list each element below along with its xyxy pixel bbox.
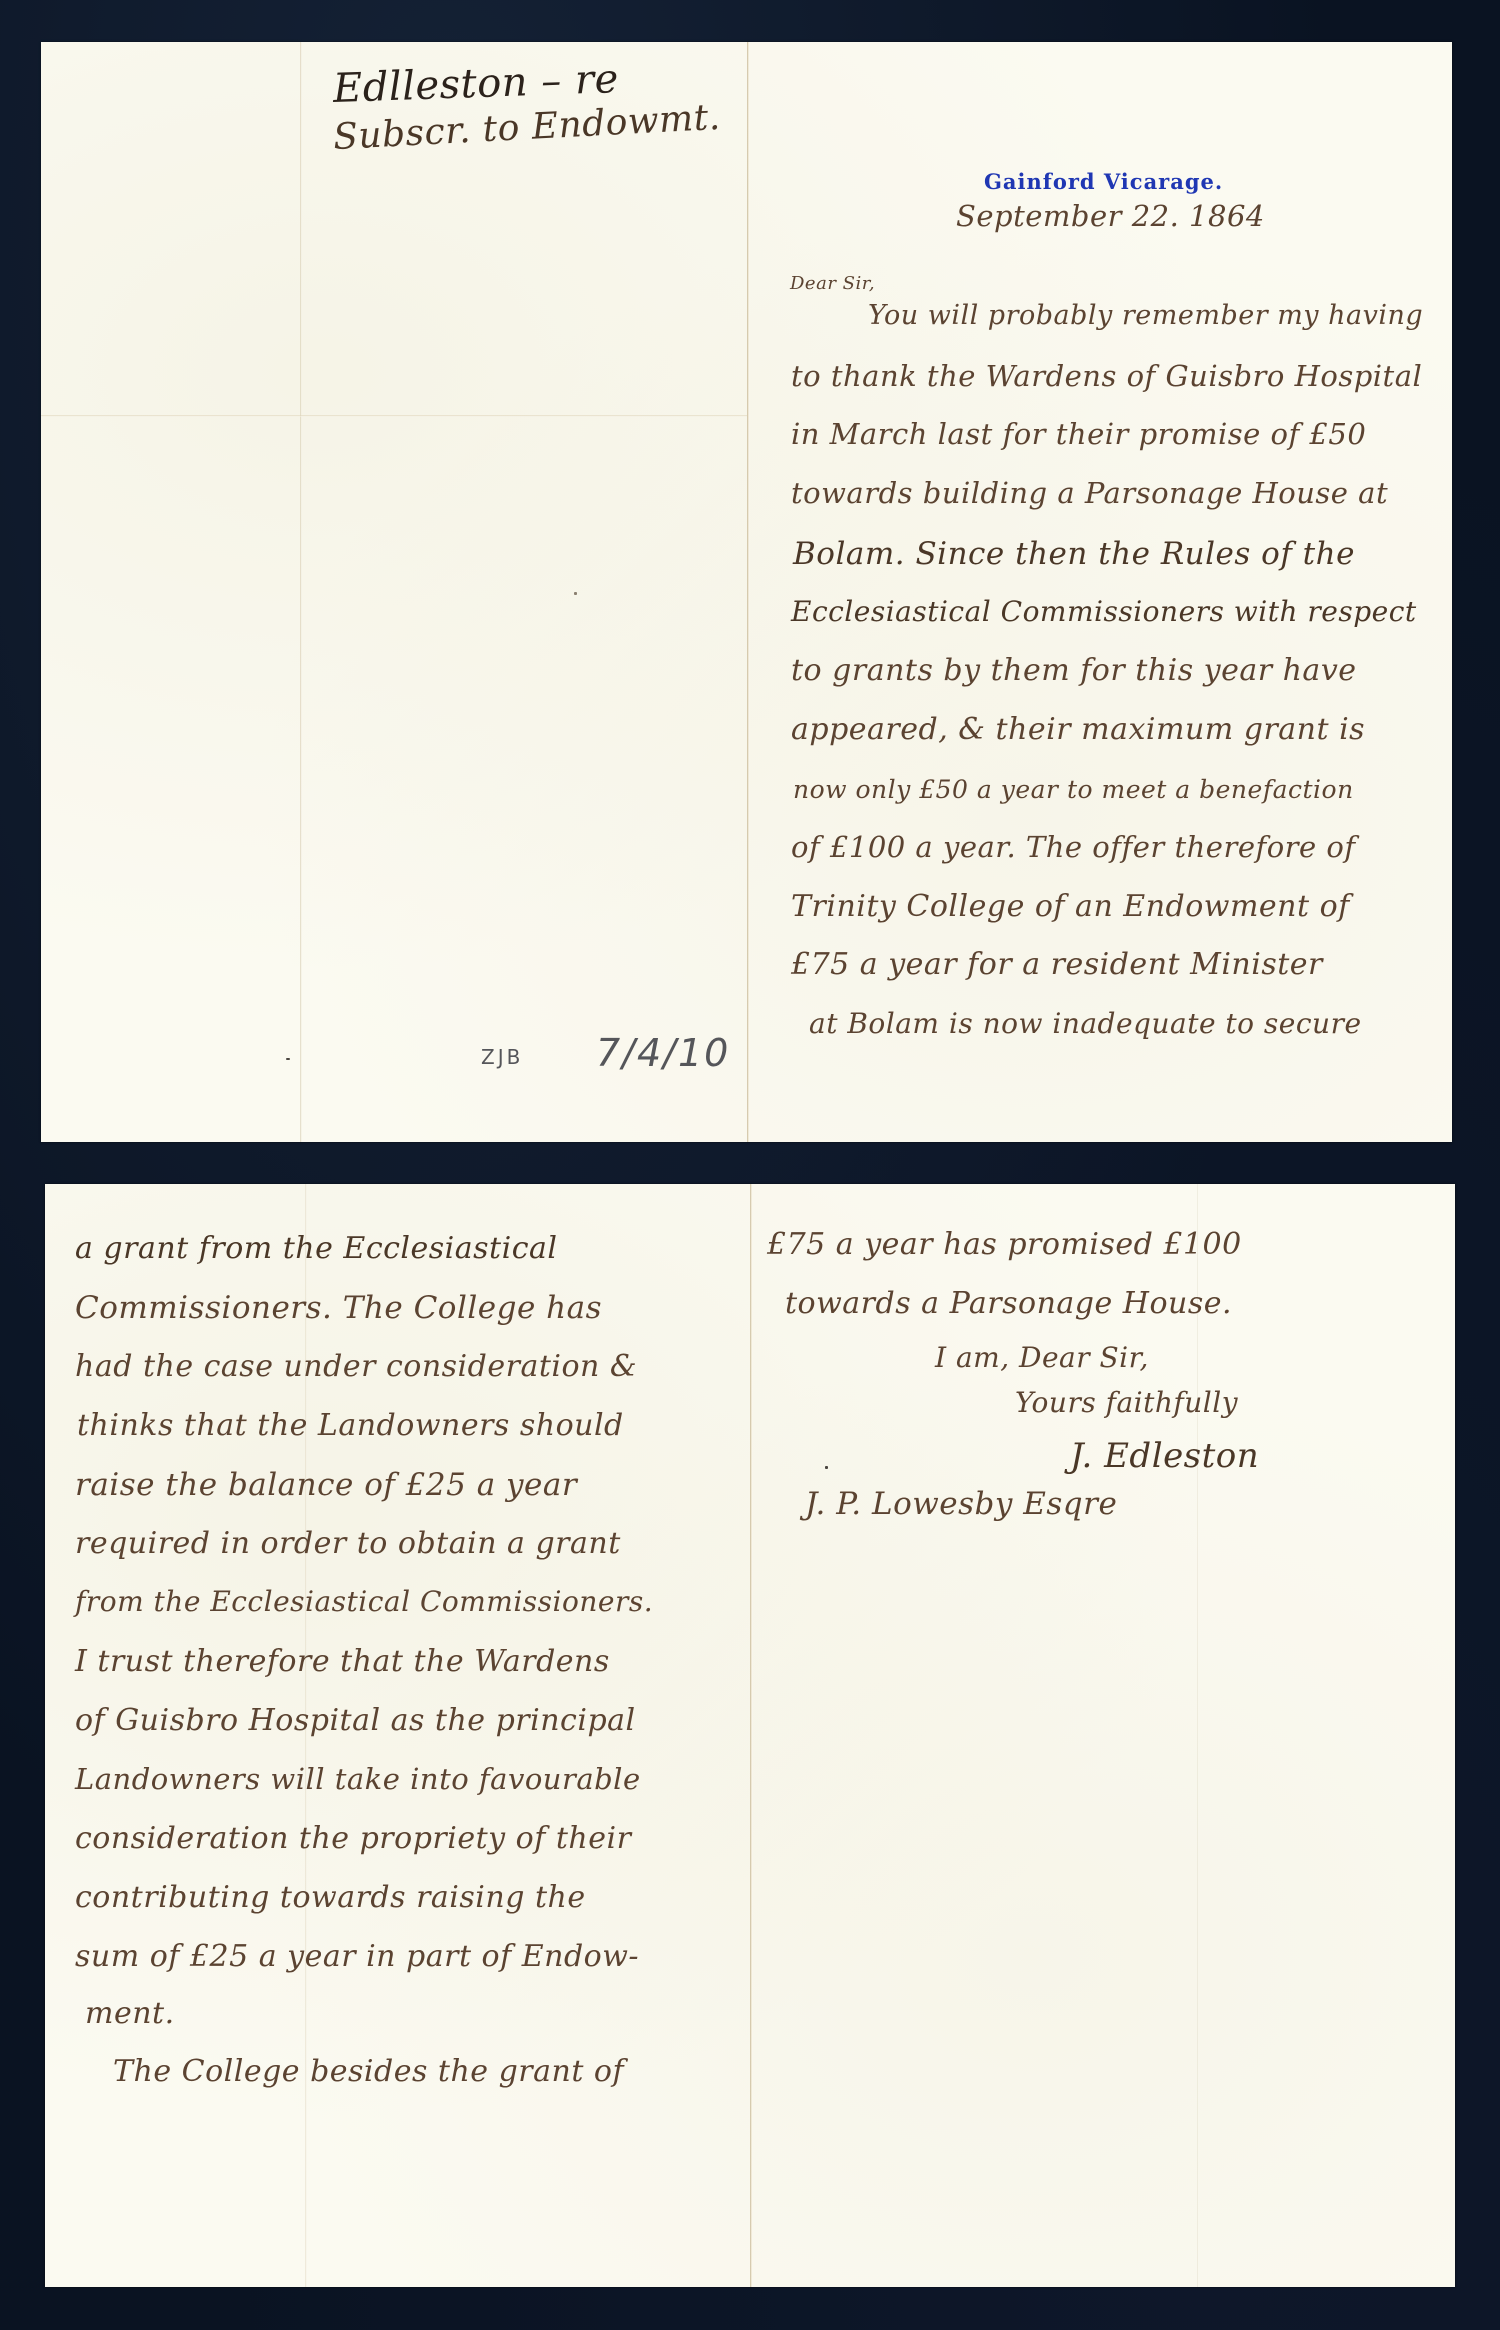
left-page-horizontal-fold bbox=[41, 415, 747, 417]
body-line: from the Ecclesiastical Commissioners. bbox=[75, 1588, 653, 1616]
body-line: £75 a year has promised £100 bbox=[767, 1230, 1242, 1260]
center-fold-line bbox=[750, 1184, 753, 2287]
body-line: to grants by them for this year have bbox=[791, 656, 1357, 686]
body-line: Bolam. Since then the Rules of the bbox=[793, 539, 1355, 570]
body-line: consideration the propriety of their bbox=[75, 1824, 631, 1854]
body-line: Ecclesiastical Commissioners with respec… bbox=[791, 598, 1417, 626]
body-line: Landowners will take into favourable bbox=[75, 1765, 641, 1794]
body-line: ment. bbox=[85, 1999, 175, 2029]
body-line: Trinity College of an Endowment of bbox=[791, 892, 1350, 922]
body-line: The College besides the grant of bbox=[113, 2057, 624, 2087]
signature: J. Edleston bbox=[1070, 1439, 1259, 1473]
body-line: sum of £25 a year in part of Endow- bbox=[75, 1942, 639, 1972]
body-line: of £100 a year. The offer therefore of bbox=[791, 833, 1356, 862]
body-line: Commissioners. The College has bbox=[75, 1293, 602, 1324]
paper-speck bbox=[286, 1058, 290, 1060]
body-line: now only £50 a year to meet a benefactio… bbox=[793, 777, 1354, 802]
body-line: required in order to obtain a grant bbox=[75, 1529, 621, 1559]
body-line: thinks that the Landowners should bbox=[77, 1411, 624, 1441]
right-page-vertical-fold bbox=[1197, 1184, 1198, 2287]
left-page-vertical-fold bbox=[300, 42, 302, 1142]
body-line: contributing towards raising the bbox=[75, 1883, 586, 1913]
closing-line: Yours faithfully bbox=[1015, 1389, 1238, 1417]
addressee: J. P. Lowesby Esqre bbox=[805, 1489, 1117, 1520]
letter-date: September 22. 1864 bbox=[956, 202, 1265, 231]
body-line: £75 a year for a resident Minister bbox=[791, 950, 1323, 980]
body-line: a grant from the Ecclesiastical bbox=[75, 1234, 557, 1264]
body-line: towards a Parsonage House. bbox=[785, 1289, 1232, 1319]
body-line: had the case under consideration & bbox=[75, 1352, 637, 1382]
body-line: I trust therefore that the Wardens bbox=[75, 1647, 610, 1677]
paper-speck bbox=[825, 1466, 828, 1469]
closing-line: I am, Dear Sir, bbox=[935, 1344, 1149, 1372]
body-line: appeared, & their maximum grant is bbox=[791, 715, 1365, 745]
body-line: raise the balance of £25 a year bbox=[75, 1470, 577, 1501]
body-line: in March last for their promise of £50 bbox=[791, 420, 1366, 449]
body-line: towards building a Parsonage House at bbox=[791, 479, 1388, 508]
letter-sheet-page-2-3: a grant from the Ecclesiastical Commissi… bbox=[45, 1184, 1455, 2287]
center-fold-line bbox=[747, 42, 750, 1142]
body-line: You will probably remember my having bbox=[868, 302, 1423, 329]
body-line: of Guisbro Hospital as the principal bbox=[75, 1706, 636, 1736]
archive-date: 7/4/10 bbox=[596, 1034, 730, 1072]
body-line: to thank the Wardens of Guisbro Hospital bbox=[791, 362, 1422, 391]
paper-speck bbox=[574, 592, 577, 595]
body-line: at Bolam is now inadequate to secure bbox=[809, 1010, 1362, 1038]
archive-initials: ZJB bbox=[481, 1047, 523, 1067]
letterhead: Gainford Vicarage. bbox=[984, 169, 1223, 194]
letter-sheet-page-1-4: Edlleston – re Subscr. to Endowmt. ZJB 7… bbox=[41, 42, 1452, 1142]
docket-line-1: Edlleston – re bbox=[332, 59, 619, 109]
salutation: Dear Sir, bbox=[790, 275, 875, 293]
